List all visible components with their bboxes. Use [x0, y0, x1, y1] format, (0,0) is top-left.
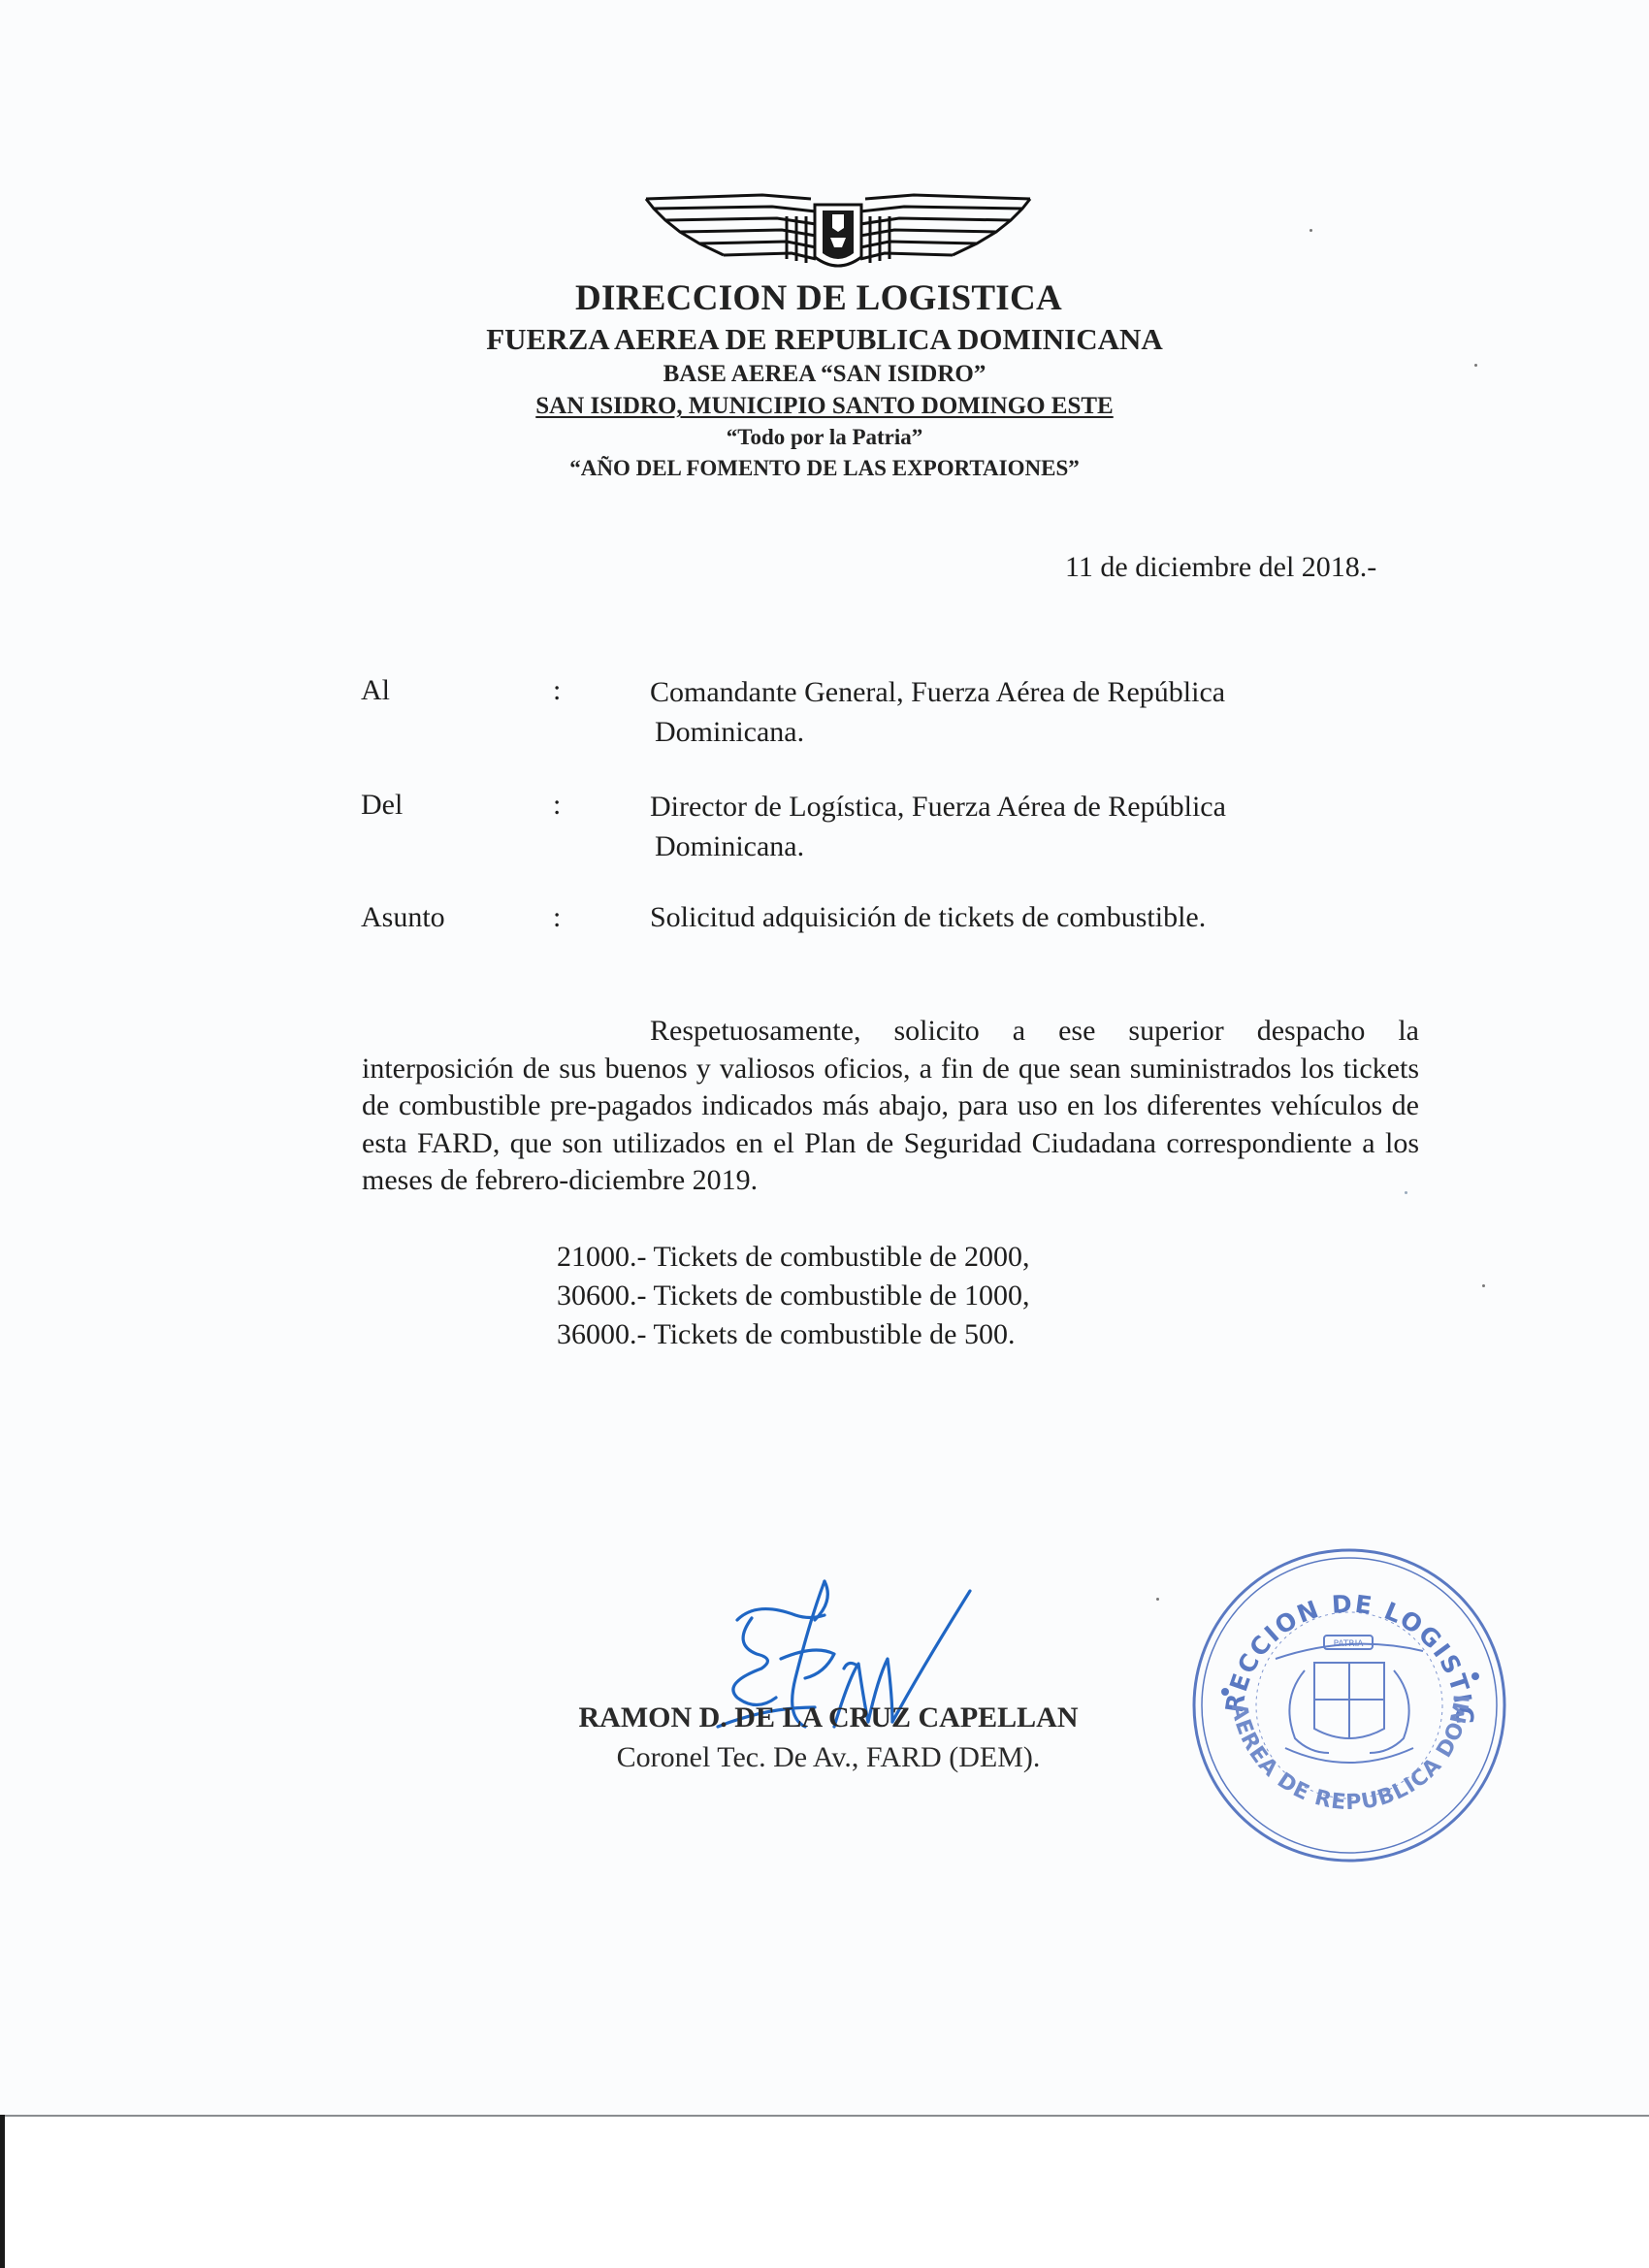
- scanner-edge: [0, 2115, 5, 2268]
- letterhead-motto: “Todo por la Patria”: [0, 425, 1649, 450]
- ticket-list-item: 36000.- Tickets de combustible de 500.: [557, 1315, 1029, 1354]
- field-value-line: Comandante General, Fuerza Aérea de Repú…: [650, 676, 1225, 708]
- field-value-line: Dominicana.: [650, 826, 1348, 866]
- official-seal-stamp-icon: DIRECCION DE LOGISTICA FUERZA AEREA DE R…: [1188, 1544, 1510, 1866]
- scan-speck: [1474, 364, 1477, 367]
- field-value-line: Dominicana.: [650, 712, 1348, 752]
- letterhead-organization: FUERZA AEREA DE REPUBLICA DOMINICANA: [0, 322, 1649, 357]
- letterhead-title: DIRECCION DE LOGISTICA: [0, 277, 1643, 319]
- field-colon: :: [553, 789, 561, 822]
- scan-speck: [1482, 1284, 1485, 1287]
- field-label-subject: Asunto: [361, 901, 445, 934]
- document-date: 11 de diciembre del 2018.-: [1065, 551, 1376, 584]
- letterhead-address: SAN ISIDRO, MUNICIPIO SANTO DOMINGO ESTE: [0, 393, 1649, 420]
- stamp-ribbon-text: PATRIA: [1334, 1639, 1365, 1649]
- scan-speck: [1156, 1598, 1159, 1601]
- letterhead-year-slogan: “AÑO DEL FOMENTO DE LAS EXPORTAIONES”: [0, 456, 1649, 481]
- body-paragraph: Respetuosamente, solicito a ese superior…: [362, 1013, 1419, 1200]
- scan-speck: [1405, 1191, 1407, 1194]
- ticket-list: 21000.- Tickets de combustible de 2000, …: [557, 1238, 1029, 1354]
- field-value-to: Comandante General, Fuerza Aérea de Repú…: [650, 672, 1348, 752]
- field-value-line: Director de Logística, Fuerza Aérea de R…: [650, 791, 1226, 823]
- body-paragraph-text: Respetuosamente, solicito a ese superior…: [362, 1015, 1419, 1196]
- field-label-to: Al: [361, 674, 390, 707]
- document-page: DIRECCION DE LOGISTICA FUERZA AEREA DE R…: [0, 0, 1649, 2117]
- air-force-wings-emblem-icon: [617, 178, 1059, 278]
- field-colon: :: [553, 901, 561, 934]
- field-colon: :: [553, 674, 561, 707]
- scan-speck: [1309, 229, 1312, 232]
- ticket-list-item: 21000.- Tickets de combustible de 2000,: [557, 1238, 1029, 1277]
- field-value-subject: Solicitud adquisición de tickets de comb…: [650, 897, 1348, 937]
- field-value-from: Director de Logística, Fuerza Aérea de R…: [650, 787, 1348, 866]
- field-value-line: Solicitud adquisición de tickets de comb…: [650, 901, 1206, 933]
- ticket-list-item: 30600.- Tickets de combustible de 1000,: [557, 1277, 1029, 1315]
- field-label-from: Del: [361, 789, 403, 822]
- letterhead-base: BASE AEREA “SAN ISIDRO”: [0, 361, 1649, 388]
